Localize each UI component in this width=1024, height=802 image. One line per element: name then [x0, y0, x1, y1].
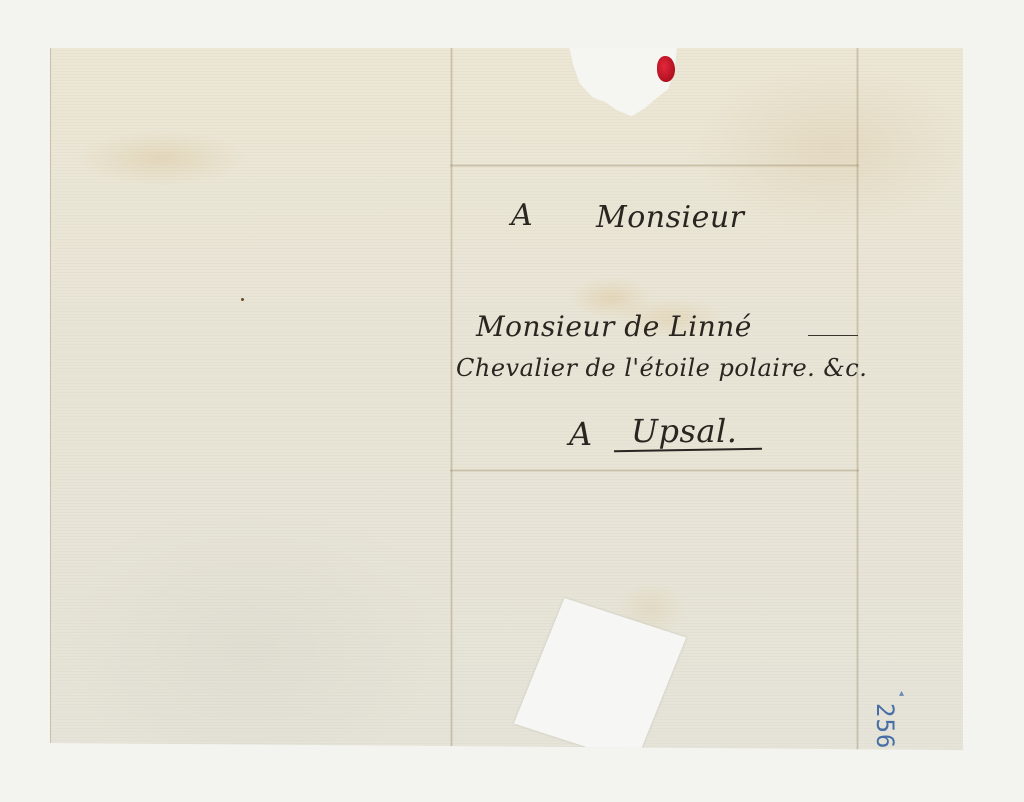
stamp-mark-icon: ▴ — [899, 688, 904, 699]
address-line4-prefix: A — [569, 415, 593, 453]
address-line4-place: Upsal. — [631, 412, 737, 450]
ink-spot — [241, 298, 244, 301]
address-line2-recipient: Monsieur de Linné — [476, 310, 752, 343]
fold-line-horizontal-top — [450, 164, 859, 167]
archive-number-stamp: 256 — [871, 703, 899, 749]
address-line1-salutation: Monsieur — [596, 200, 745, 235]
letter-sheet: A Monsieur Monsieur de Linné Chevalier d… — [50, 48, 963, 750]
fold-line-vertical-left — [450, 48, 453, 750]
address-line3-title: Chevalier de l'étoile polaire. &c. — [456, 354, 867, 382]
address-line1-prefix: A — [511, 198, 533, 233]
paper-texture — [51, 48, 963, 750]
fold-line-horizontal-bottom — [450, 469, 859, 472]
red-wax-seal — [657, 56, 675, 82]
fold-line-vertical-right — [856, 48, 859, 750]
recipient-flourish-line — [808, 335, 858, 336]
